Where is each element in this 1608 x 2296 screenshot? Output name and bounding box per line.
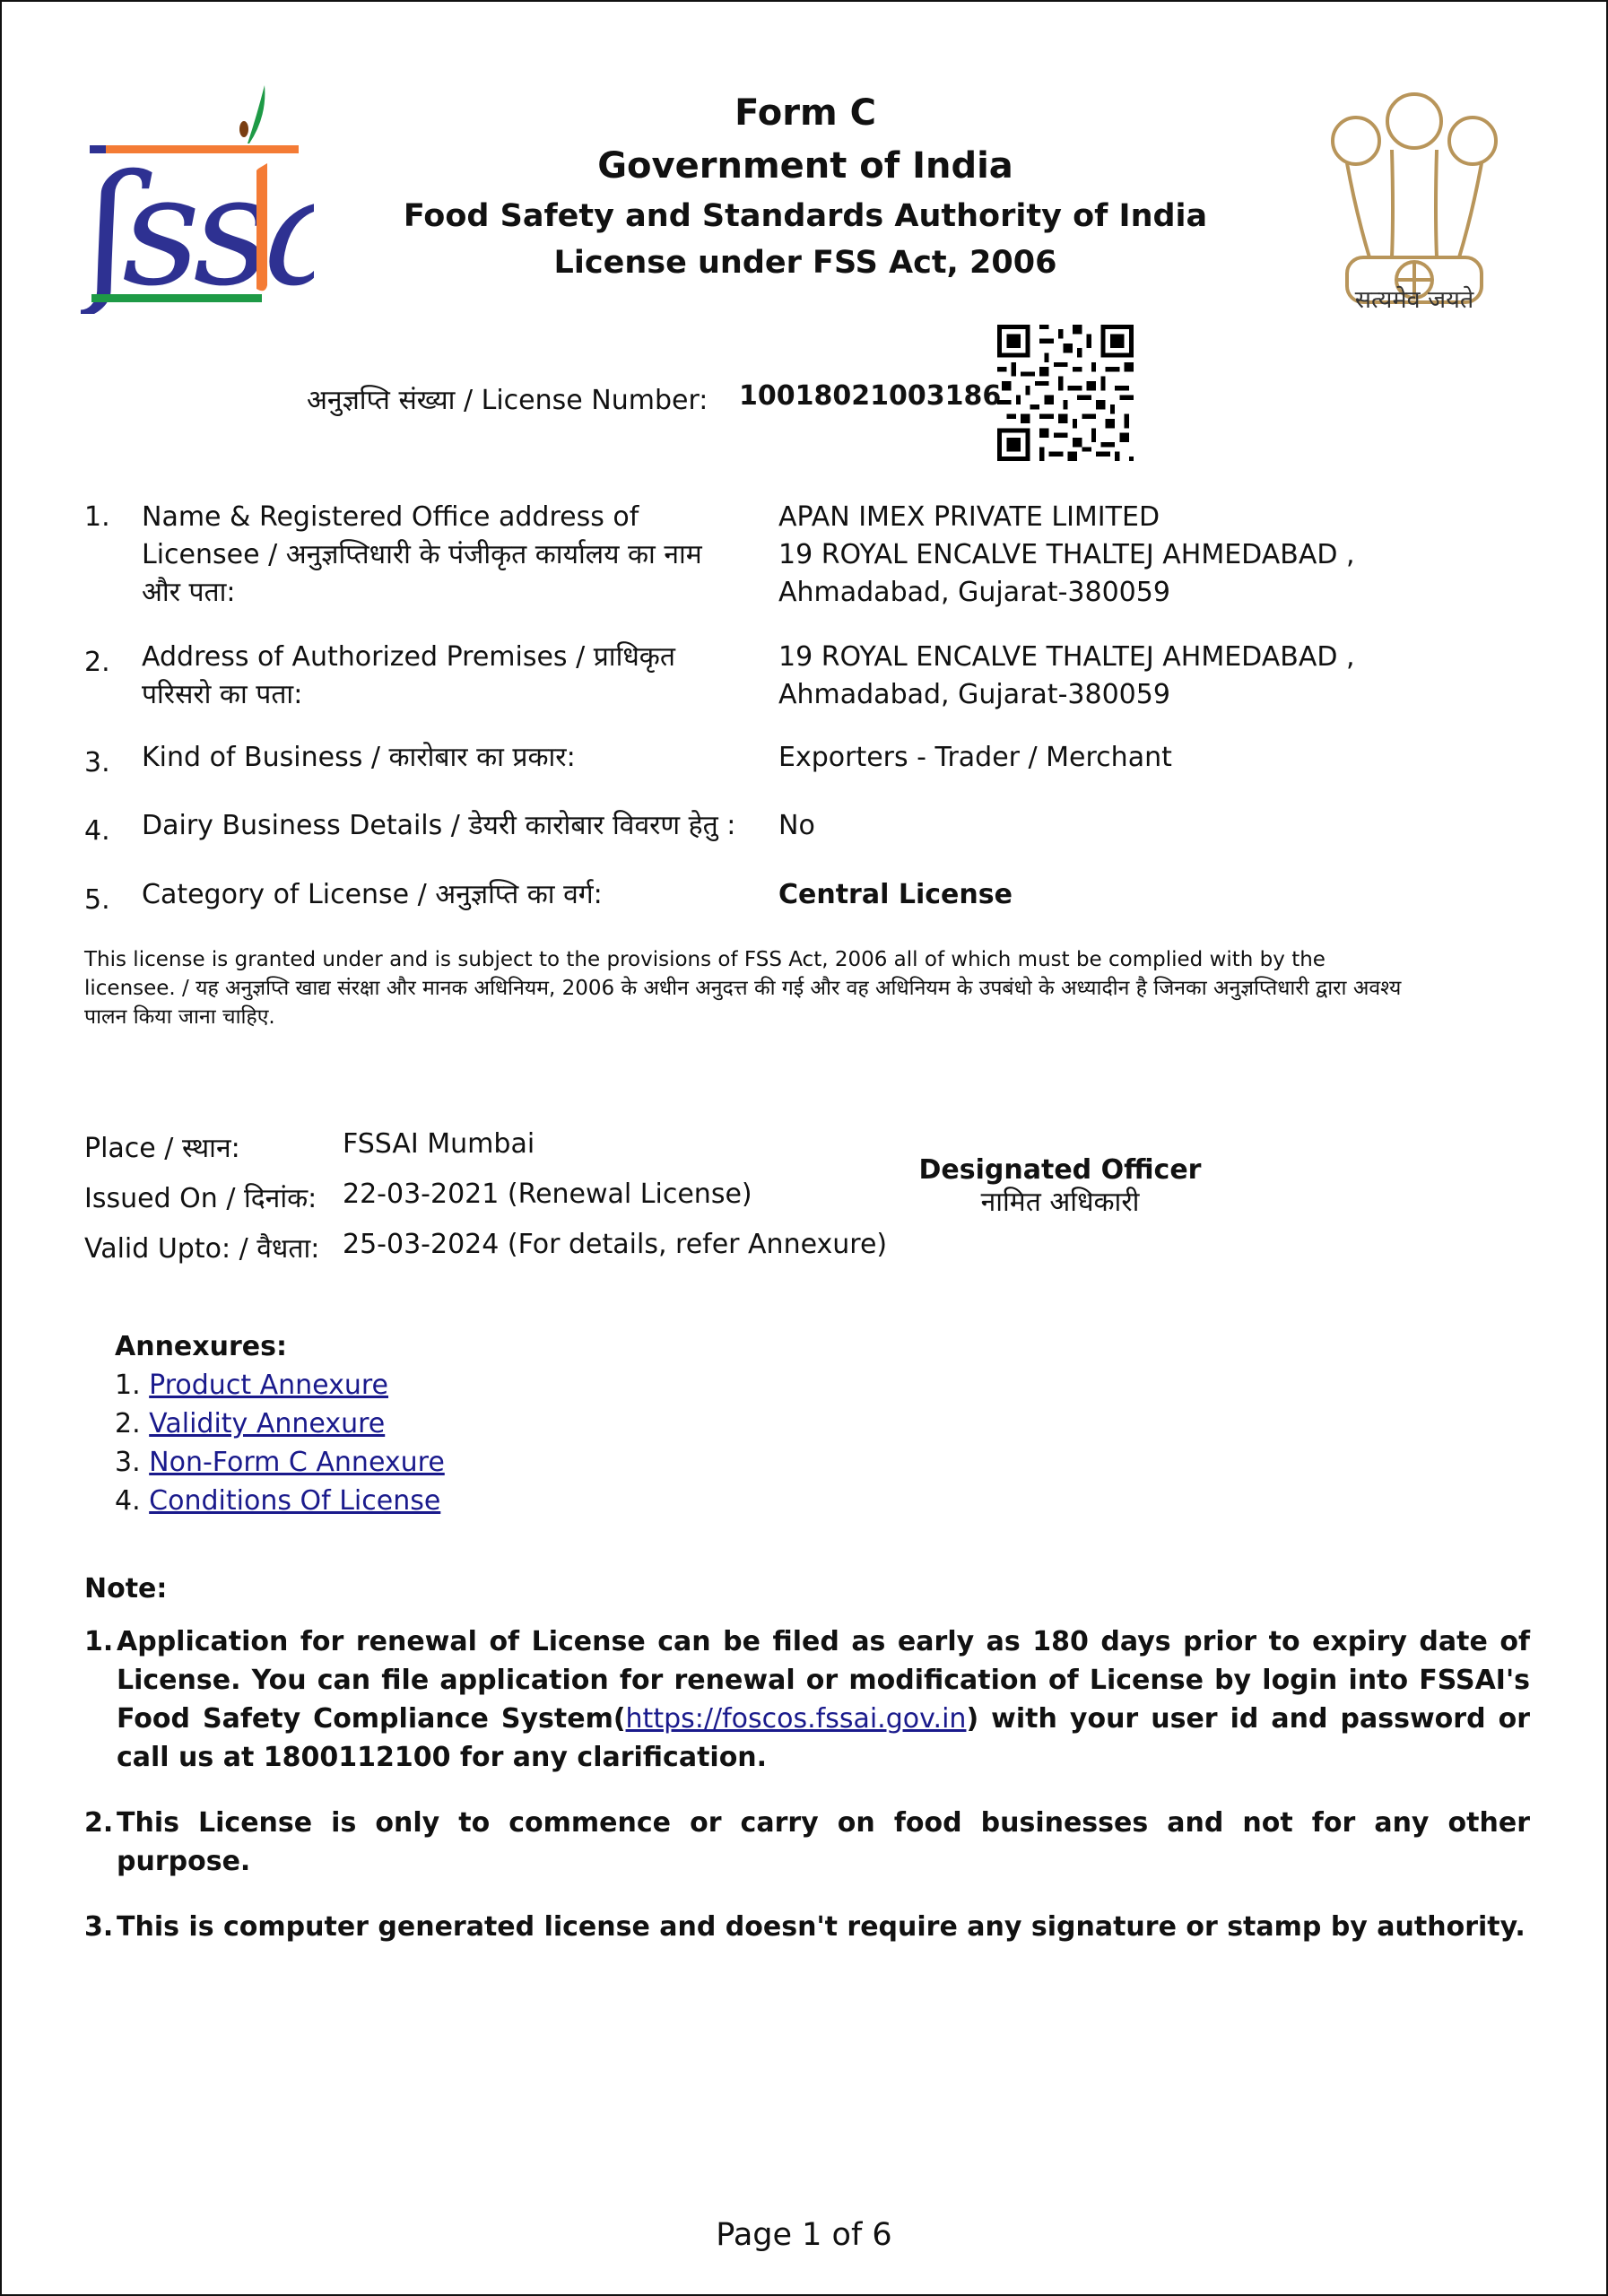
fssai-logo-icon: ʃssa bbox=[81, 81, 314, 314]
item-number: 1. bbox=[84, 499, 129, 536]
note-number: 3. bbox=[84, 1908, 113, 1946]
issued-label: Issued On / दिनांक: bbox=[84, 1178, 317, 1215]
act-title: License under FSS Act, 2006 bbox=[357, 239, 1254, 286]
officer-title-en: Designated Officer bbox=[899, 1154, 1221, 1187]
non-form-c-annexure-link[interactable]: Non-Form C Annexure bbox=[149, 1447, 445, 1478]
granted-statement: This license is granted under and is sub… bbox=[84, 945, 1412, 1031]
annexure-number: 2. bbox=[115, 1408, 141, 1439]
item-value: No bbox=[778, 807, 1406, 845]
officer-title-hi: नामित अधिकारी bbox=[899, 1187, 1221, 1219]
note-item-renewal: 1. Application for renewal of License ca… bbox=[84, 1622, 1530, 1777]
item-value: APAN IMEX PRIVATE LIMITED 19 ROYAL ENCAL… bbox=[778, 499, 1406, 612]
validity-annexure-link[interactable]: Validity Annexure bbox=[149, 1408, 385, 1439]
note-item-computer-generated: 3. This is computer generated license an… bbox=[84, 1908, 1530, 1946]
licensee-address-line1: 19 ROYAL ENCALVE THALTEJ AHMEDABAD , bbox=[778, 536, 1406, 574]
annexure-number: 3. bbox=[115, 1447, 141, 1478]
issued-value: 22-03-2021 (Renewal License) bbox=[343, 1178, 752, 1210]
item-label: Name & Registered Office address of Lice… bbox=[142, 499, 734, 612]
item-label: Category of License / अनुज्ञप्ति का वर्ग… bbox=[142, 876, 734, 914]
annexures-list: Annexures: 1. Product Annexure 2. Validi… bbox=[115, 1327, 445, 1520]
note-text: This is computer generated license and d… bbox=[117, 1911, 1525, 1943]
item-value: Central License bbox=[778, 876, 1406, 914]
authority-title: Food Safety and Standards Authority of I… bbox=[357, 193, 1254, 239]
qr-code-icon bbox=[997, 325, 1134, 461]
license-number-value: 10018021003186 bbox=[739, 380, 1001, 412]
emblem-motto: सत्यमेव जयते bbox=[1293, 282, 1535, 315]
licensee-name: APAN IMEX PRIVATE LIMITED bbox=[778, 499, 1406, 536]
item-number: 5. bbox=[84, 882, 129, 919]
item-value: Exporters - Trader / Merchant bbox=[778, 739, 1406, 777]
note-section: Note: 1. Application for renewal of Lice… bbox=[84, 1573, 1530, 1973]
premises-address-line1: 19 ROYAL ENCALVE THALTEJ AHMEDABAD , bbox=[778, 639, 1406, 676]
item-number: 2. bbox=[84, 644, 129, 682]
annexure-item: 4. Conditions Of License bbox=[115, 1482, 445, 1520]
foscos-link[interactable]: https://foscos.fssai.gov.in bbox=[626, 1703, 967, 1735]
valid-label: Valid Upto: / वैधता: bbox=[84, 1229, 319, 1265]
page-indicator: Page 1 of 6 bbox=[2, 2217, 1606, 2253]
designated-officer: Designated Officer नामित अधिकारी bbox=[899, 1154, 1221, 1219]
note-number: 1. bbox=[84, 1622, 113, 1661]
svg-text:ʃssa: ʃssa bbox=[81, 143, 314, 314]
government-title: Government of India bbox=[357, 139, 1254, 193]
annexure-number: 4. bbox=[115, 1485, 141, 1517]
form-title: Form C bbox=[357, 87, 1254, 139]
conditions-of-license-link[interactable]: Conditions Of License bbox=[149, 1485, 440, 1517]
product-annexure-link[interactable]: Product Annexure bbox=[149, 1370, 388, 1401]
license-page: ʃssa Form C Government of India Food Saf… bbox=[0, 0, 1608, 2296]
premises-address-line2: Ahmadabad, Gujarat-380059 bbox=[778, 676, 1406, 714]
annexure-number: 1. bbox=[115, 1370, 141, 1401]
header-titles: Form C Government of India Food Safety a… bbox=[357, 87, 1254, 286]
annexures-heading: Annexures: bbox=[115, 1327, 445, 1366]
item-value: 19 ROYAL ENCALVE THALTEJ AHMEDABAD , Ahm… bbox=[778, 639, 1406, 714]
place-value: FSSAI Mumbai bbox=[343, 1128, 535, 1160]
item-label: Dairy Business Details / डेयरी कारोबार व… bbox=[142, 807, 769, 845]
license-number-row: अनुज्ञप्ति संख्या / License Number: 1001… bbox=[307, 380, 708, 417]
item-label: Address of Authorized Premises / प्राधिक… bbox=[142, 639, 734, 714]
item-number: 3. bbox=[84, 744, 129, 782]
note-item-purpose: 2. This License is only to commence or c… bbox=[84, 1804, 1530, 1881]
licensee-address-line2: Ahmadabad, Gujarat-380059 bbox=[778, 574, 1406, 612]
note-list: 1. Application for renewal of License ca… bbox=[84, 1622, 1530, 1946]
note-text: This License is only to commence or carr… bbox=[117, 1807, 1530, 1877]
annexure-item: 1. Product Annexure bbox=[115, 1366, 445, 1405]
license-number-label: अनुज्ञप्ति संख्या / License Number: bbox=[307, 380, 708, 417]
valid-value: 25-03-2024 (For details, refer Annexure) bbox=[343, 1229, 887, 1260]
place-label: Place / स्थान: bbox=[84, 1128, 240, 1165]
item-label: Kind of Business / कारोबार का प्रकार: bbox=[142, 739, 734, 777]
annexure-item: 3. Non-Form C Annexure bbox=[115, 1443, 445, 1482]
annexure-item: 2. Validity Annexure bbox=[115, 1405, 445, 1443]
item-number: 4. bbox=[84, 813, 129, 850]
note-heading: Note: bbox=[84, 1573, 1530, 1605]
note-number: 2. bbox=[84, 1804, 113, 1842]
